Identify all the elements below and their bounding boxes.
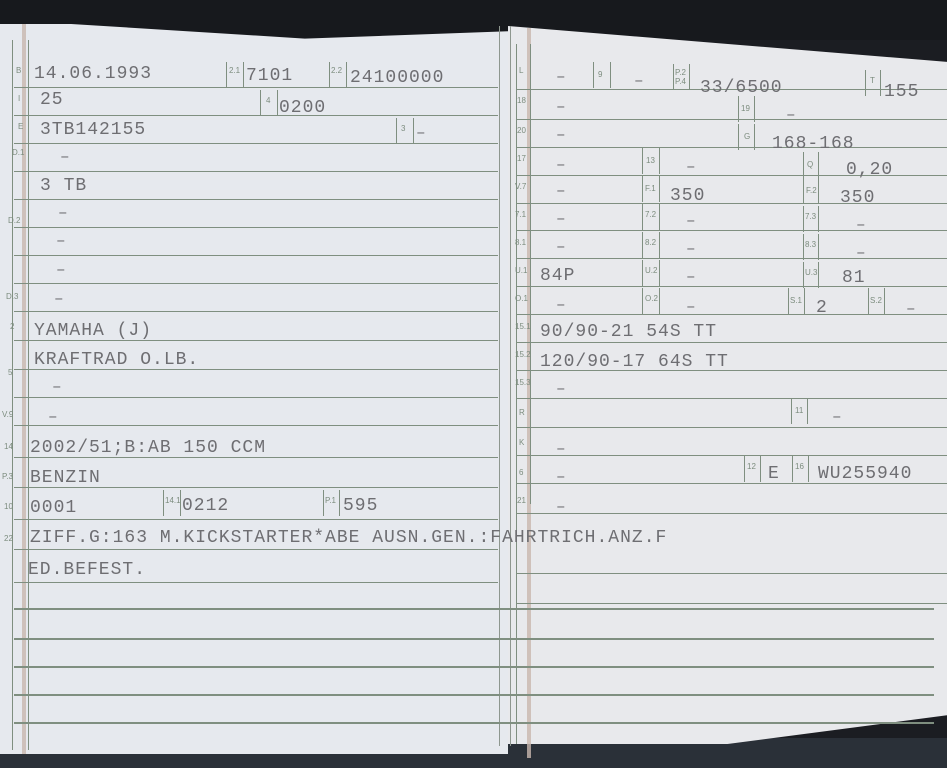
field-label: 8.2 (645, 238, 656, 247)
cell-divider (610, 62, 611, 88)
field-label: 14.1 (165, 496, 181, 505)
field-label: 9 (598, 70, 602, 79)
field-value-15-3: – (556, 380, 566, 398)
cell-divider (659, 204, 660, 230)
field-value-7-2: – (686, 212, 696, 230)
field-value-9: – (634, 72, 644, 90)
field-label: 12 (747, 462, 756, 471)
field-label: V.9 (2, 410, 13, 419)
field-value-17: – (556, 156, 566, 174)
field-row-15-3 (516, 371, 947, 399)
field-value-issue-date: 14.06.1993 (34, 64, 152, 84)
field-value-tire-front: 90/90-21 54S TT (540, 322, 717, 342)
field-label: U.3 (805, 268, 817, 277)
cell-divider (659, 260, 660, 286)
field-value-11: – (832, 408, 842, 426)
field-value-12: E (768, 464, 780, 484)
field-value-2-2: 24100000 (350, 68, 444, 88)
field-label: O.1 (515, 294, 528, 303)
cell-divider (163, 490, 164, 516)
field-value-make: YAMAHA (J) (34, 321, 152, 341)
field-value-D1: – (60, 148, 70, 166)
cell-divider (803, 262, 804, 288)
field-label: D.1 (12, 148, 24, 157)
field-value-7-1: – (556, 210, 566, 228)
field-value-D3: – (54, 290, 64, 308)
field-value-3: – (416, 124, 426, 142)
field-label: 14 (4, 442, 13, 451)
field-value-L: – (556, 68, 566, 86)
field-row-20 (516, 120, 947, 148)
cell-divider (689, 64, 690, 90)
cell-divider (738, 96, 739, 122)
field-value-6: – (556, 468, 566, 486)
field-value-type: 3 TB (40, 176, 87, 196)
cell-divider (329, 62, 330, 88)
cell-divider (642, 148, 643, 174)
cell-divider (754, 96, 755, 122)
field-value-remarks: ZIFF.G:163 M.KICKSTARTER*ABE AUSN.GEN.:F… (30, 528, 667, 548)
field-value-fuel: BENZIN (30, 468, 101, 488)
cell-divider (803, 234, 804, 260)
field-label: 8.1 (515, 238, 526, 247)
ruled-line (14, 694, 934, 696)
field-row-V7 (516, 176, 947, 204)
cell-divider (659, 176, 660, 202)
field-label: E (18, 122, 23, 131)
cell-divider (346, 62, 347, 88)
field-row-D2 (14, 200, 498, 228)
field-value-P1: 595 (343, 496, 378, 516)
field-row-R (516, 400, 947, 428)
field-label: 2 (10, 322, 14, 331)
field-row-D3 (14, 284, 498, 312)
field-label: 2.2 (331, 66, 342, 75)
field-label: 20 (517, 126, 526, 135)
field-value-V7: – (556, 182, 566, 200)
cell-divider (593, 62, 594, 88)
cell-divider (807, 398, 808, 424)
cell-divider (323, 490, 324, 516)
cell-divider (744, 456, 745, 482)
field-label: S.2 (870, 296, 882, 305)
field-label: 10 (4, 502, 13, 511)
field-label: U.2 (645, 266, 657, 275)
field-value-remarks-2: ED.BEFEST. (28, 560, 146, 580)
field-label: 8.3 (805, 240, 816, 249)
field-label: 3 (401, 124, 405, 133)
cell-divider (396, 118, 397, 144)
cell-divider (277, 90, 278, 116)
cell-divider (803, 178, 804, 204)
field-value-tire-rear: 120/90-17 64S TT (540, 352, 729, 372)
field-value-D2-3: – (56, 261, 66, 279)
field-label: 6 (519, 468, 523, 477)
cell-divider (260, 90, 261, 116)
cell-divider (642, 288, 643, 314)
field-value-18: – (556, 98, 566, 116)
cell-divider (659, 232, 660, 258)
field-value-vehicle-class: KRAFTRAD O.LB. (34, 350, 199, 370)
field-label: K (519, 438, 524, 447)
cell-divider (818, 262, 819, 288)
cell-divider (808, 456, 809, 482)
field-label: 17 (517, 154, 526, 163)
field-label: R (519, 408, 525, 417)
field-label: 19 (741, 104, 750, 113)
ruled-line (14, 638, 934, 640)
field-label: 15.3 (515, 378, 531, 387)
field-value-O2: – (686, 298, 696, 316)
field-label: 5 (8, 368, 12, 377)
cell-divider (673, 64, 674, 90)
field-label: D.3 (6, 292, 18, 301)
cell-divider (818, 178, 819, 204)
field-label: U.1 (515, 266, 527, 275)
field-row-D2-line2 (14, 228, 498, 256)
cell-divider (642, 232, 643, 258)
field-value-D2: – (58, 204, 68, 222)
field-row-18 (516, 92, 947, 120)
field-value-10: 0001 (30, 498, 77, 518)
cell-divider (803, 206, 804, 232)
cell-divider (818, 152, 819, 178)
field-row-8 (516, 231, 947, 259)
field-label: 15.1 (515, 322, 531, 331)
field-value-emissions: 2002/51;B:AB 150 CCM (30, 438, 266, 458)
field-value-O1: – (556, 296, 566, 314)
field-value-document-number: WU255940 (818, 464, 912, 484)
field-value-8-2: – (686, 240, 696, 258)
field-label: T (870, 76, 875, 85)
field-label: L (519, 66, 523, 75)
field-row-5-line2 (14, 370, 498, 398)
field-value-21: – (556, 498, 566, 516)
cell-divider (642, 176, 643, 202)
cell-divider (243, 62, 244, 88)
cell-divider (642, 204, 643, 230)
field-label: 2.1 (229, 66, 240, 75)
field-label: 18 (517, 96, 526, 105)
field-value-5-2: – (52, 378, 62, 396)
field-label: 7.3 (805, 212, 816, 221)
cell-divider (792, 456, 793, 482)
cell-divider (818, 206, 819, 232)
field-value-I: 25 (40, 90, 64, 110)
field-value-U3: 81 (842, 268, 866, 288)
field-value-vin: 3TB142155 (40, 120, 146, 140)
cell-divider (738, 124, 739, 150)
cell-divider (804, 288, 805, 314)
field-label: Q (807, 160, 813, 169)
field-row-V9 (14, 398, 498, 426)
field-label: I (18, 94, 20, 103)
ruled-line (14, 608, 934, 610)
cell-divider (659, 288, 660, 314)
ruled-line (14, 666, 934, 668)
cell-divider (339, 490, 340, 516)
field-value-4: 0200 (279, 98, 326, 118)
field-label: V.7 (515, 182, 526, 191)
field-label: F.1 (645, 184, 656, 193)
cell-divider (642, 260, 643, 286)
field-row-D1 (14, 144, 498, 172)
cell-divider (803, 152, 804, 178)
ruled-line (516, 546, 947, 574)
cell-divider (818, 234, 819, 260)
field-label: 15.2 (515, 350, 531, 359)
cell-divider (868, 288, 869, 314)
field-value-13: – (686, 158, 696, 176)
field-label: P.3 (2, 472, 13, 481)
field-value-U1: 84P (540, 266, 575, 286)
ruled-line (14, 722, 934, 724)
field-label: 7.1 (515, 210, 526, 219)
field-label: D.2 (8, 216, 20, 225)
cell-divider (226, 62, 227, 88)
field-label: 22 (4, 534, 13, 543)
field-label: G (744, 132, 750, 141)
field-label: P.1 (325, 496, 336, 505)
ruled-line (516, 576, 947, 604)
field-label: 7.2 (645, 210, 656, 219)
field-row-D2-line3 (14, 256, 498, 284)
field-label: O.2 (645, 294, 658, 303)
left-label-column-line (12, 40, 13, 750)
cell-divider (754, 124, 755, 150)
field-label: 21 (517, 496, 526, 505)
field-value-V9: – (48, 408, 58, 426)
field-label: 4 (266, 96, 270, 105)
field-label: P.2 P.4 (675, 68, 689, 86)
field-label: 13 (646, 156, 655, 165)
field-label: F.2 (806, 186, 817, 195)
field-value-D2-2: – (56, 232, 66, 250)
field-value-8-1: – (556, 238, 566, 256)
field-label: 11 (795, 406, 803, 415)
field-value-20: – (556, 126, 566, 144)
cell-divider (788, 288, 789, 314)
field-label: S.1 (790, 296, 802, 305)
cell-divider (659, 148, 660, 174)
cell-divider (791, 398, 792, 424)
cell-divider (884, 288, 885, 314)
field-label: 16 (795, 462, 804, 471)
field-row-7 (516, 203, 947, 231)
cell-divider (413, 118, 414, 144)
field-row-I (14, 88, 498, 116)
field-row-O (516, 287, 947, 315)
field-label: B (16, 66, 21, 75)
field-row-K (516, 428, 947, 456)
cell-divider (760, 456, 761, 482)
field-row-U (516, 259, 947, 287)
field-row-21 (516, 486, 947, 514)
field-value-U2: – (686, 268, 696, 286)
field-value-14-1: 0212 (182, 496, 229, 516)
field-value-2-1: 7101 (246, 66, 293, 86)
field-row-10 (14, 492, 498, 520)
cell-divider (180, 490, 181, 516)
